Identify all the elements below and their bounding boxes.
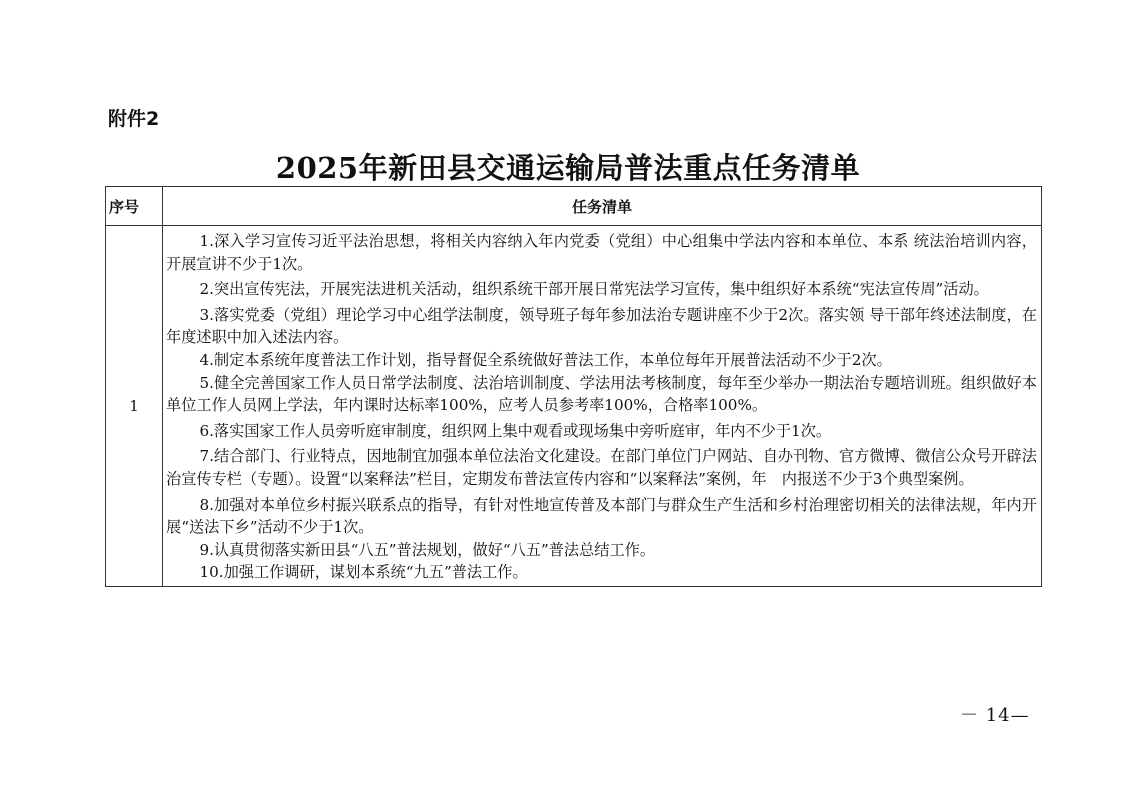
- task-item-7: 7.结合部门、行业特点，因地制宜加强本单位法治文化建设。在部门单位门户网站、自办…: [166, 445, 1037, 490]
- task-item-2: 2.突出宣传宪法，开展宪法进机关活动，组织系统干部开展日常宪法学习宣传，集中组织…: [166, 278, 1037, 301]
- attachment-label: 附件2: [108, 104, 159, 131]
- column-header-number: 序号: [106, 187, 163, 226]
- task-item-8: 8.加强对本单位乡村振兴联系点的指导，有针对性地宣传普及本部门与群众生产生活和乡…: [166, 494, 1037, 539]
- task-item-10: 10.加强工作调研，谋划本系统“九五”普法工作。: [166, 561, 1037, 584]
- task-item-6: 6.落实国家工作人员旁听庭审制度，组织网上集中观看或现场集中旁听庭审，年内不少于…: [166, 420, 1037, 443]
- task-item-9: 9.认真贯彻落实新田县“八五”普法规划，做好“八五”普法总结工作。: [166, 539, 1037, 562]
- task-item-4: 4.制定本系统年度普法工作计划，指导督促全系统做好普法工作，本单位每年开展普法活…: [166, 349, 1037, 372]
- task-item-3: 3.落实党委（党组）理论学习中心组学法制度，领导班子每年参加法治专题讲座不少于2…: [166, 304, 1037, 349]
- task-list-cell: 1.深入学习宣传习近平法治思想，将相关内容纳入年内党委（党组）中心组集中学法内容…: [163, 226, 1042, 587]
- table-row: 1 1.深入学习宣传习近平法治思想，将相关内容纳入年内党委（党组）中心组集中学法…: [106, 226, 1042, 587]
- document-title: 2025年新田县交通运输局普法重点任务清单: [0, 146, 1126, 187]
- table-header-row: 序号 任务清单: [106, 187, 1042, 226]
- task-item-1: 1.深入学习宣传习近平法治思想，将相关内容纳入年内党委（党组）中心组集中学法内容…: [166, 230, 1037, 275]
- task-list-table: 序号 任务清单 1 1.深入学习宣传习近平法治思想，将相关内容纳入年内党委（党组…: [105, 186, 1042, 587]
- task-item-5: 5.健全完善国家工作人员日常学法制度、法治培训制度、学法用法考核制度，每年至少举…: [166, 372, 1037, 417]
- column-header-tasks: 任务清单: [163, 187, 1042, 226]
- page-number: － 14—: [960, 701, 1030, 727]
- row-number: 1: [106, 226, 163, 587]
